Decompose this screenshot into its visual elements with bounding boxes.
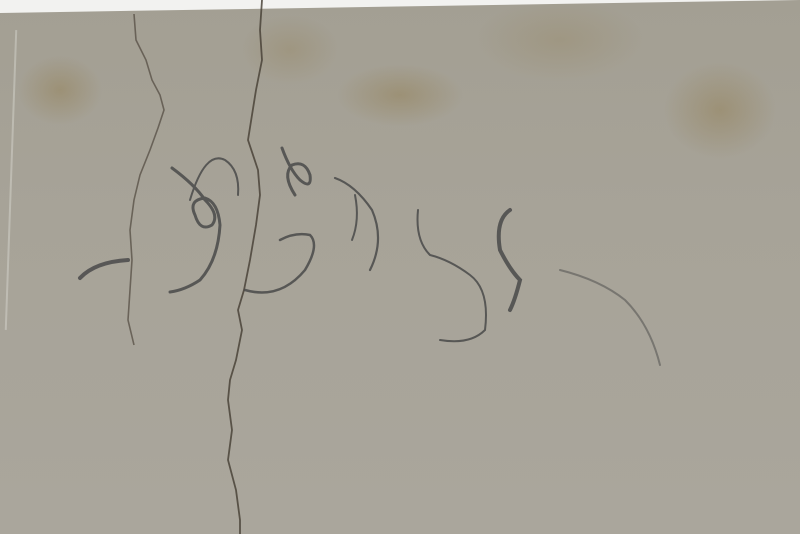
handwriting <box>80 148 660 365</box>
crease-center <box>228 0 262 534</box>
crease-left <box>128 14 164 345</box>
creases-and-handwriting <box>0 0 800 534</box>
paper-photo: ბებნა <box>0 0 800 534</box>
